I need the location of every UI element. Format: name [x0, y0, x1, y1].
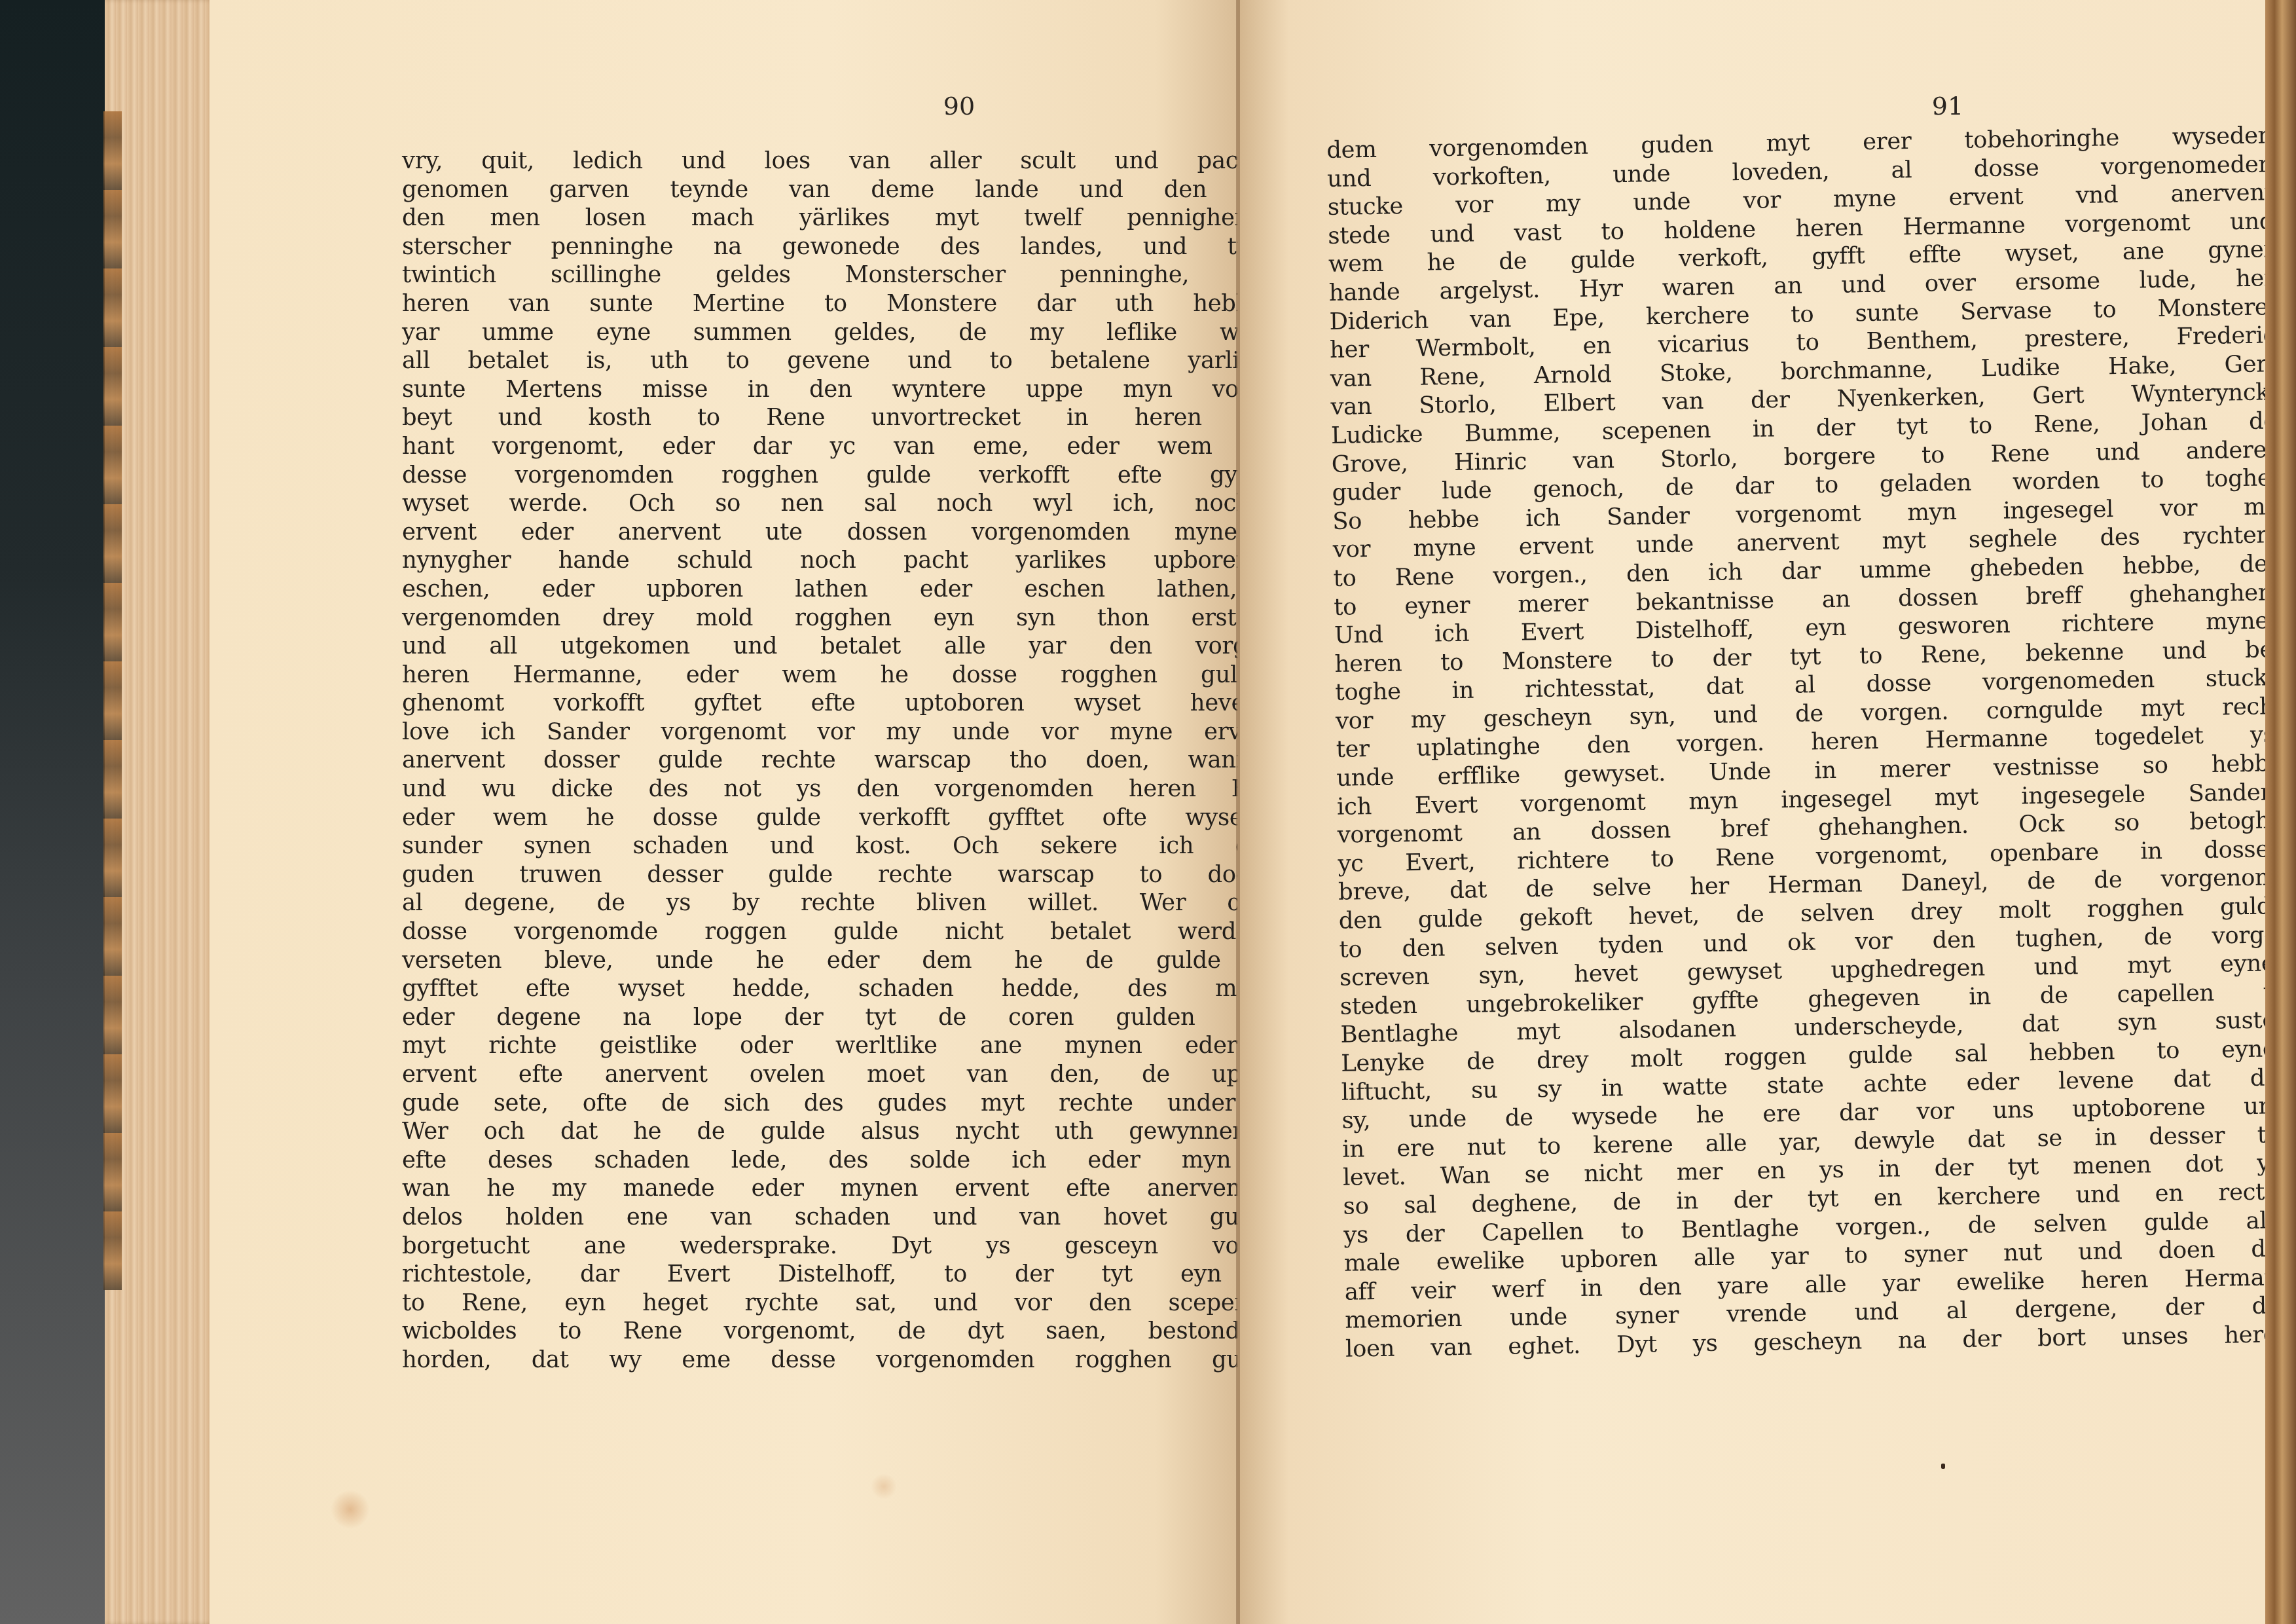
text-line: sunder synen schaden und kost. Och seker…: [402, 832, 1354, 860]
text-line: ghenomt vorkofft gyftet efte uptoboren w…: [402, 689, 1354, 718]
text-line: anervent dosser gulde rechte warscap tho…: [402, 746, 1354, 775]
page-number-left: 90: [920, 92, 998, 120]
text-line: verseten bleve, unde he eder dem he de g…: [402, 946, 1354, 975]
page-number-right: 91: [1908, 92, 1987, 120]
text-line: beyt und kosth to Rene unvortrecket in h…: [402, 403, 1354, 432]
text-line: love ich Sander vorgenomt vor my unde vo…: [402, 718, 1354, 747]
scanner-background: [0, 0, 111, 1624]
text-line: eschen, eder upboren lathen eder eschen …: [402, 575, 1354, 604]
text-line: eder wem he dosse gulde verkofft gyfftet…: [402, 803, 1354, 832]
ink-speck: [1941, 1464, 1945, 1469]
foxing-stain: [331, 1490, 370, 1529]
text-line: guden truwen desser gulde rechte warscap…: [402, 860, 1354, 889]
text-line: borgetucht ane wedersprake. Dyt ys gesce…: [402, 1232, 1354, 1261]
foxing-stain: [871, 1473, 897, 1500]
text-line: ervent eder anervent ute dossen vorgenom…: [402, 518, 1354, 547]
book-page-edges-right: [2265, 0, 2296, 1624]
text-line: efte deses schaden lede, des solde ich e…: [402, 1146, 1354, 1175]
text-line: vry, quit, ledich und loes van aller scu…: [402, 147, 1354, 175]
text-line: delos holden ene van schaden und van hov…: [402, 1203, 1354, 1232]
text-line: desse vorgenomden rogghen gulde verkofft…: [402, 461, 1354, 490]
book-gutter: [1236, 0, 1240, 1624]
text-line: wicboldes to Rene vorgenomt, de dyt saen…: [402, 1317, 1354, 1346]
text-line: und all utgekomen und betalet alle yar d…: [402, 632, 1354, 661]
book-cover-edge-left: [103, 111, 122, 1290]
text-line: nynygher hande schuld noch pacht yarlike…: [402, 546, 1354, 575]
text-line: genomen garven teynde van deme lande und…: [402, 175, 1354, 204]
text-line: dosse vorgenomde roggen gulde nicht beta…: [402, 917, 1354, 946]
text-line: heren Hermanne, eder wem he dosse rogghe…: [402, 661, 1354, 690]
text-line: wyset werde. Och so nen sal noch wyl ich…: [402, 489, 1354, 518]
text-line: und wu dicke des not ys den vorgenomden …: [402, 775, 1354, 803]
text-line: yar umme eyne summen geldes, de my lefli…: [402, 318, 1354, 347]
text-line: vergenomden drey mold rogghen eyn syn th…: [402, 604, 1354, 633]
text-line: myt richte geistlike oder werltlike ane …: [402, 1031, 1354, 1060]
text-line: heren van sunte Mertine to Monstere dar …: [402, 289, 1354, 318]
left-page: 90 vry, quit, ledich und loes van aller …: [210, 0, 1237, 1624]
text-line: eder degene na lope der tyt de coren gul…: [402, 1003, 1354, 1032]
right-page: 91 dem vorgenomden guden myt erer tobeho…: [1237, 0, 2265, 1624]
text-line: horden, dat wy eme desse vorgenomden rog…: [402, 1346, 1354, 1375]
left-page-text: vry, quit, ledich und loes van aller scu…: [402, 147, 1354, 1375]
text-line: gyfftet efte wyset hedde, schaden hedde,…: [402, 974, 1354, 1003]
right-page-text: dem vorgenomden guden myt erer tobehorin…: [1326, 121, 2291, 1363]
text-line: hant vorgenomt, eder dar yc van eme, ede…: [402, 432, 1354, 461]
text-line: den men losen mach yärlikes myt twelf pe…: [402, 204, 1354, 232]
text-line: sterscher penninghe na gewonede des land…: [402, 232, 1354, 261]
text-line: to Rene, eyn heget rychte sat, und vor d…: [402, 1289, 1354, 1318]
text-line: gude sete, ofte de sich des gudes myt re…: [402, 1089, 1354, 1118]
text-line: twintich scillinghe geldes Monsterscher …: [402, 261, 1354, 289]
text-line: wan he my manede eder mynen ervent efte …: [402, 1174, 1354, 1203]
text-line: Wer och dat he de gulde alsus nycht uth …: [402, 1117, 1354, 1146]
text-line: al degene, de ys by rechte bliven willet…: [402, 889, 1354, 917]
text-line: all betalet is, uth to gevene und to bet…: [402, 346, 1354, 375]
text-line: ervent efte anervent ovelen moet van den…: [402, 1060, 1354, 1089]
text-line: sunte Mertens misse in den wyntere uppe …: [402, 375, 1354, 404]
text-line: richtestole, dar Evert Distelhoff, to de…: [402, 1260, 1354, 1289]
